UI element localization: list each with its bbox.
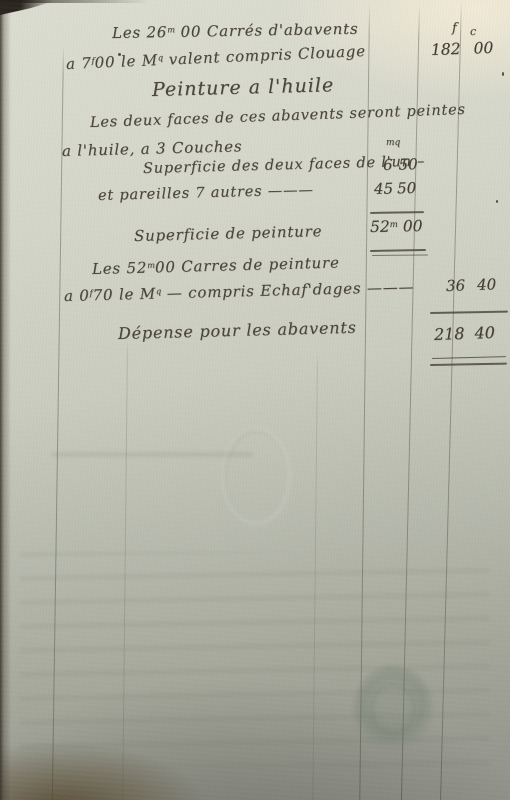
entry2-amount: 3640: [446, 275, 497, 295]
subtotal-label: Superficie de peinture: [134, 222, 323, 245]
page-top-edge: [0, 0, 150, 3]
double-rule-top: [370, 249, 426, 252]
entry1-line2-rest: valent compris Clouage: [163, 42, 366, 69]
entry2-line1-text: Les 52: [92, 259, 148, 278]
entry2-line2-text: a 0: [64, 286, 90, 305]
unit-mark-mq: mq: [386, 138, 400, 148]
entry1-line2: a 7f00 le Mq valent compris Clouage: [66, 42, 367, 73]
amount-francs: 6: [383, 156, 393, 174]
total-rule: [430, 311, 508, 314]
amount-francs: 218: [434, 324, 465, 344]
entry1-line1: Les 26m 00 Carrés d'abavents: [112, 20, 359, 42]
entry2-line1: Les 52m00 Carres de peinture: [92, 254, 340, 278]
entry2-line2-rest: — compris Echaf'dages: [161, 279, 362, 302]
amount-centimes: 00: [403, 217, 423, 235]
measure1-text: Superficie des deux faces de l'un: [143, 154, 412, 177]
measure2-text: et pareilles 7 autres: [98, 184, 263, 204]
paragraph-line1: Les deux faces de ces abavents seront pe…: [90, 102, 466, 131]
double-rule-bottom: [372, 255, 428, 257]
entry2-line1-rest: 00 Carres de peinture: [155, 254, 340, 277]
amount-francs: 45: [374, 180, 394, 198]
currency-header-centimes: c: [470, 25, 477, 38]
ink-speck: [496, 200, 498, 203]
ink-speck: [502, 72, 504, 76]
paragraph-line2: a l'huile, a 3 Couches: [62, 137, 243, 160]
amount-centimes: 40: [477, 275, 497, 294]
grand-total-double-rule-top: [432, 356, 506, 359]
grand-total-double-rule-bottom: [430, 363, 507, 367]
currency-header-francs: f: [452, 21, 458, 36]
entry1-line1-text: Les 26: [112, 23, 168, 42]
ink-smudge: [52, 452, 252, 457]
measure2-amount: 4550: [374, 179, 417, 198]
amount-centimes: 40: [474, 323, 495, 343]
amount-francs: 36: [446, 276, 466, 295]
unit-superscript: m: [390, 220, 398, 230]
amount-centimes: 50: [397, 179, 417, 197]
leader-dash: ———: [361, 278, 414, 297]
blind-stamp-circle: [222, 428, 290, 524]
section-heading: Peinture a l'huile: [152, 74, 335, 101]
sum-rule: [370, 211, 424, 214]
entry1-line2-text: a 7: [66, 54, 92, 73]
amount-francs: 182: [431, 40, 461, 59]
measure2-label: et pareilles 7 autres ———: [98, 182, 314, 204]
entry2-line2: a 0f70 le Mq — compris Echaf'dages ———: [64, 278, 415, 305]
leader-dash: ———: [262, 182, 314, 199]
amount-francs: 52: [370, 218, 390, 236]
archive-stamp: [353, 665, 433, 753]
amount-centimes: 00: [473, 39, 493, 58]
entry1-amount: 18200: [431, 39, 494, 59]
amount-centimes: 50: [398, 155, 418, 173]
manuscript-page: Les 26m 00 Carrés d'abavents f c 18200 a…: [0, 0, 510, 800]
entry1-line1-rest: 00 Carrés d'abavents: [175, 20, 359, 41]
entry1-line2-mid: 00 le M: [94, 51, 158, 72]
measure1-amount: 650: [383, 155, 418, 174]
subtotal-amount: 52m00: [370, 217, 423, 236]
total-amount: 21840: [434, 323, 496, 344]
entry2-line2-mid: 70 le M: [92, 285, 156, 305]
unit-superscript: m: [167, 24, 175, 34]
total-label: Dépense pour les abavents: [118, 318, 357, 343]
